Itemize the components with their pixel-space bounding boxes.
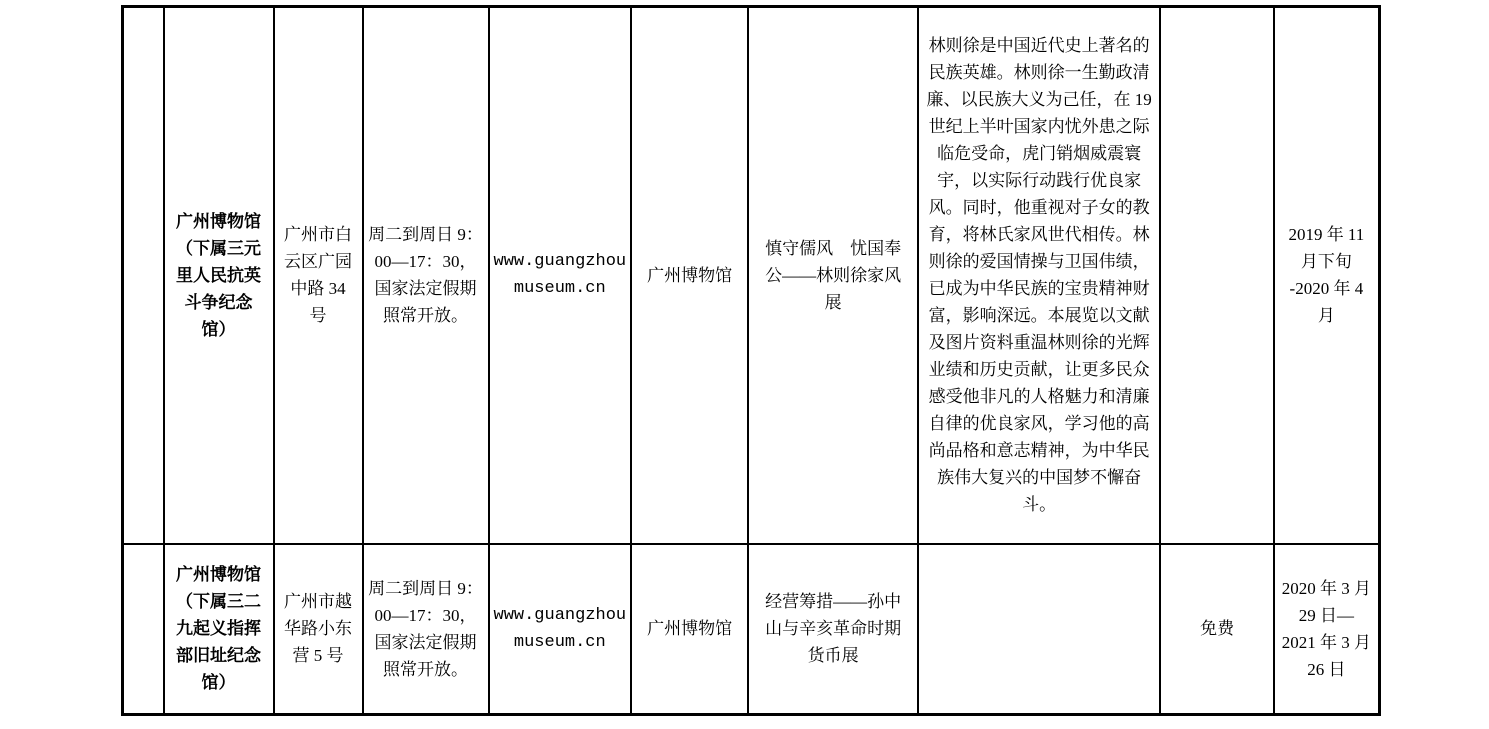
museum-exhibition-table: 广州博物馆 （下属三元 里人民抗英 斗争纪念 馆） 广州市白 云区广园 中路 3… <box>121 5 1381 716</box>
exhibition-title-cell: 慎守儒风 忧国奉 公——林则徐家风 展 <box>748 7 918 544</box>
exhibition-description-cell <box>918 544 1160 715</box>
fee-cell <box>1160 7 1274 544</box>
fee-cell: 免费 <box>1160 544 1274 715</box>
museum-name-cell: 广州博物馆 （下属三元 里人民抗英 斗争纪念 馆） <box>164 7 274 544</box>
opening-hours-cell: 周二到周日 9： 00—17：30， 国家法定假期 照常开放。 <box>363 7 489 544</box>
date-range-cell: 2020 年 3 月 29 日— 2021 年 3 月 26 日 <box>1274 544 1379 715</box>
website-cell: www.guangzhou museum.cn <box>489 544 632 715</box>
table-row: 广州博物馆 （下属三元 里人民抗英 斗争纪念 馆） 广州市白 云区广园 中路 3… <box>123 7 1380 544</box>
address-cell: 广州市越 华路小东 营 5 号 <box>274 544 363 715</box>
date-range-cell: 2019 年 11 月下旬 -2020 年 4 月 <box>1274 7 1379 544</box>
opening-hours-cell: 周二到周日 9： 00—17：30， 国家法定假期 照常开放。 <box>363 544 489 715</box>
museum-name-cell: 广州博物馆 （下属三二 九起义指挥 部旧址纪念 馆） <box>164 544 274 715</box>
index-cell <box>123 544 164 715</box>
address-cell: 广州市白 云区广园 中路 34 号 <box>274 7 363 544</box>
website-cell: www.guangzhou museum.cn <box>489 7 632 544</box>
table-row: 广州博物馆 （下属三二 九起义指挥 部旧址纪念 馆） 广州市越 华路小东 营 5… <box>123 544 1380 715</box>
exhibition-title-cell: 经营筹措——孙中 山与辛亥革命时期 货币展 <box>748 544 918 715</box>
organizer-cell: 广州博物馆 <box>631 544 748 715</box>
organizer-cell: 广州博物馆 <box>631 7 748 544</box>
index-cell <box>123 7 164 544</box>
exhibition-description-cell: 林则徐是中国近代史上著名的民族英雄。林则徐一生勤政清廉、以民族大义为己任，在 1… <box>918 7 1160 544</box>
